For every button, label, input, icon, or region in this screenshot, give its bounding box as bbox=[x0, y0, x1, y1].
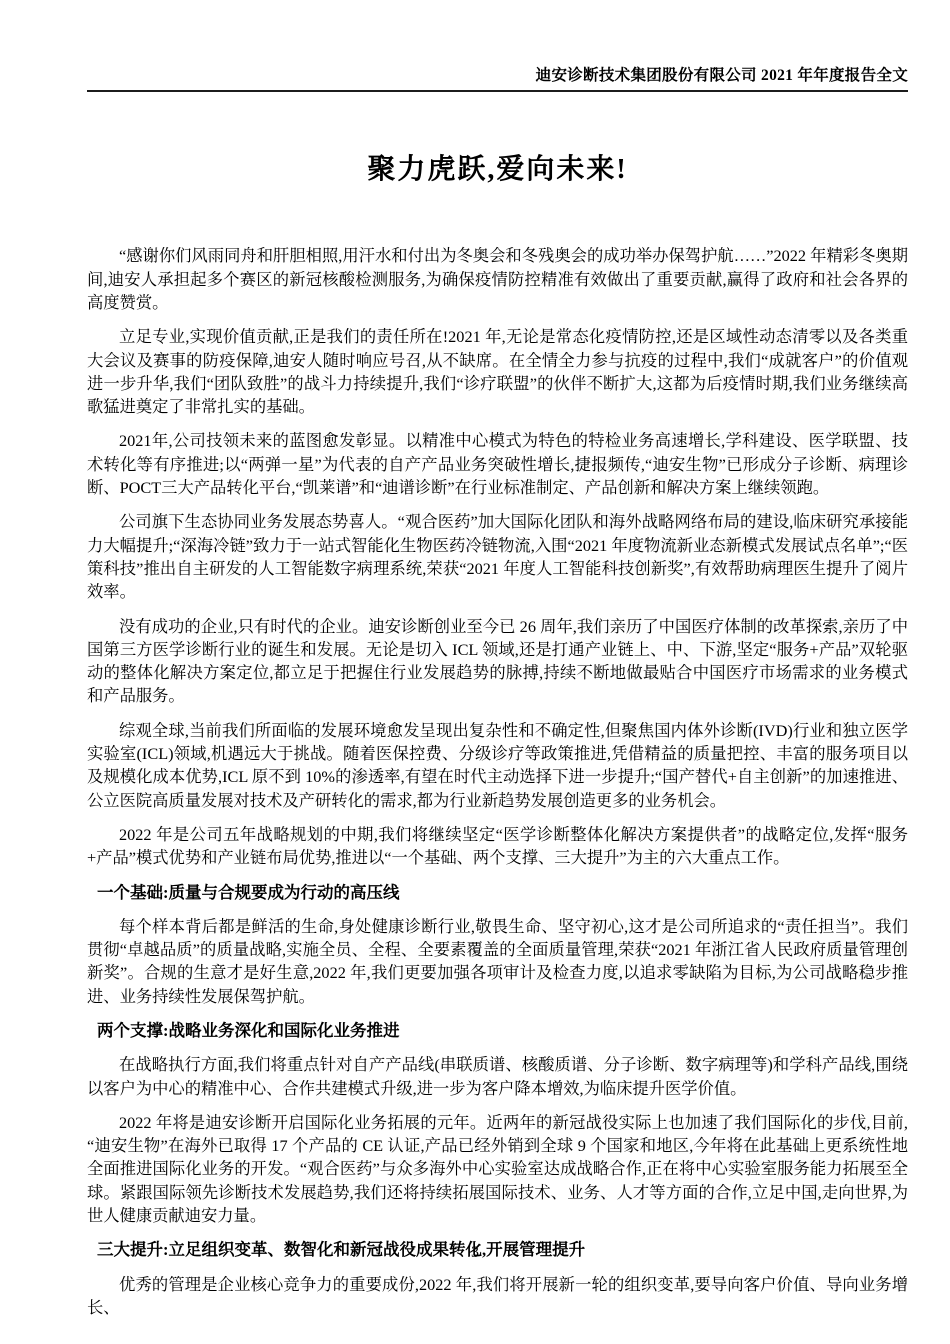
paragraph-9: 在战略执行方面,我们将重点针对自产产品线(串联质谱、核酸质谱、分子诊断、数字病理… bbox=[87, 1053, 908, 1100]
running-header: 迪安诊断技术集团股份有限公司 2021 年年度报告全文 bbox=[87, 0, 908, 85]
paragraph-10: 2022 年将是迪安诊断开启国际化业务拓展的元年。近两年的新冠战役实际上也加速了… bbox=[87, 1111, 908, 1227]
paragraph-1: “感谢你们风雨同舟和肝胆相照,用汗水和付出为冬奥会和冬残奥会的成功举办保驾护航…… bbox=[87, 244, 908, 314]
header-divider bbox=[87, 90, 908, 92]
paragraph-3: 2021年,公司技领未来的蓝图愈发彰显。以精准中心模式为特色的特检业务高速增长,… bbox=[87, 429, 908, 499]
section-heading-two-supports: 两个支撑:战略业务深化和国际化业务推进 bbox=[87, 1019, 908, 1042]
paragraph-5: 没有成功的企业,只有时代的企业。迪安诊断创业至今已 26 周年,我们亲历了中国医… bbox=[87, 615, 908, 708]
page-number: 3 bbox=[0, 1244, 950, 1262]
page-title: 聚力虎跃,爱向未来! bbox=[87, 147, 908, 187]
paragraph-11: 优秀的管理是企业核心竞争力的重要成份,2022 年,我们将开展新一轮的组织变革,… bbox=[87, 1273, 908, 1320]
paragraph-4: 公司旗下生态协同业务发展态势喜人。“观合医药”加大国际化团队和海外战略网络布局的… bbox=[87, 510, 908, 603]
paragraph-7: 2022 年是公司五年战略规划的中期,我们将继续坚定“医学诊断整体化解决方案提供… bbox=[87, 823, 908, 870]
paragraph-8: 每个样本背后都是鲜活的生命,身处健康诊断行业,敬畏生命、坚守初心,这才是公司所追… bbox=[87, 915, 908, 1008]
report-page: 迪安诊断技术集团股份有限公司 2021 年年度报告全文 聚力虎跃,爱向未来! “… bbox=[0, 0, 950, 1344]
paragraph-6: 综观全球,当前我们所面临的发展环境愈发呈现出复杂性和不确定性,但聚焦国内体外诊断… bbox=[87, 719, 908, 812]
paragraph-2: 立足专业,实现价值贡献,正是我们的责任所在!2021 年,无论是常态化疫情防控,… bbox=[87, 325, 908, 418]
report-body: “感谢你们风雨同舟和肝胆相照,用汗水和付出为冬奥会和冬残奥会的成功举办保驾护航…… bbox=[87, 244, 908, 1319]
section-heading-one-foundation: 一个基础:质量与合规要成为行动的高压线 bbox=[87, 881, 908, 904]
